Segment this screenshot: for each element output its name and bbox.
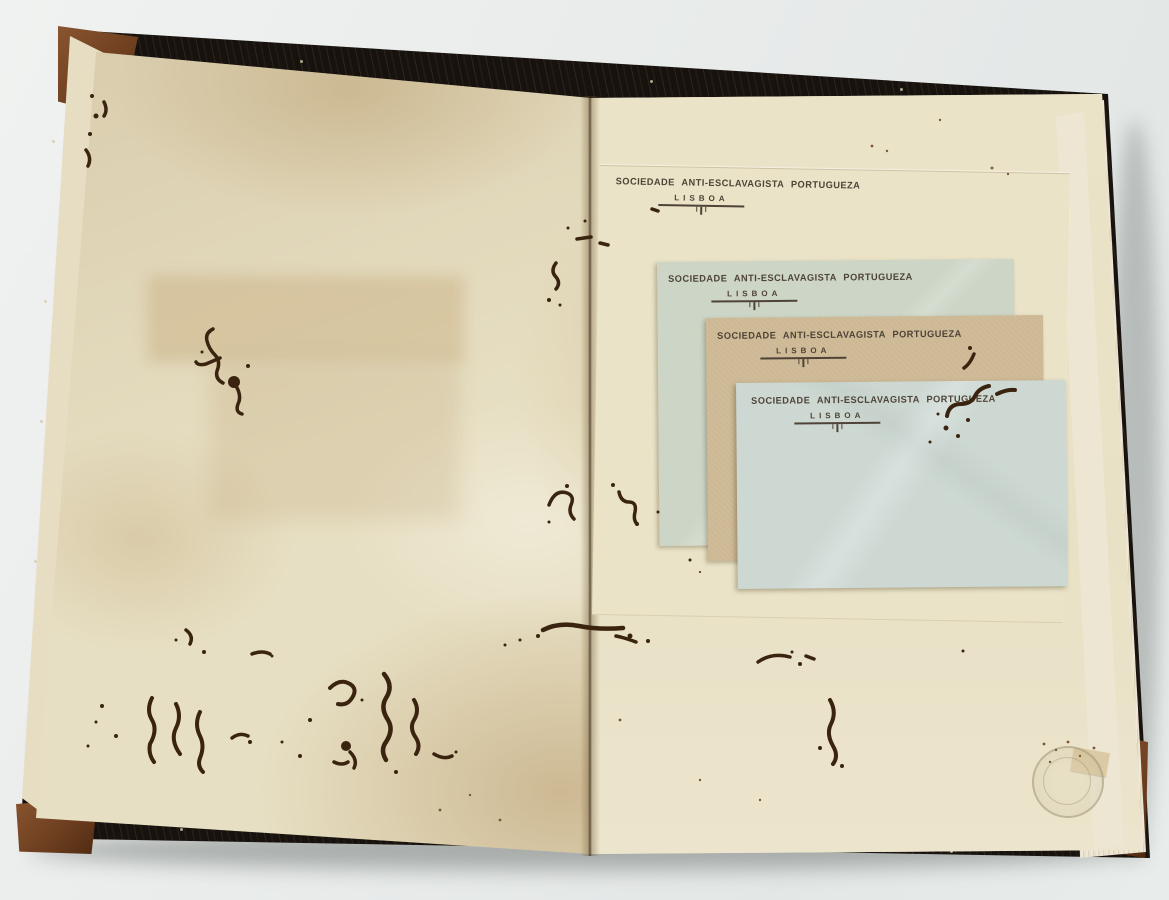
letterhead-block: SOCIEDADE ANTI-ESCLAVAGISTA PORTUGUEZA L… <box>717 329 889 369</box>
photograph: SOCIEDADE ANTI-ESCLAVAGISTA PORTUGUEZA L… <box>0 0 1169 900</box>
letterhead-city: LISBOA <box>717 345 889 356</box>
printer-ornament-icon <box>668 301 840 313</box>
embossed-stamp <box>1032 746 1104 818</box>
printer-ornament-icon <box>751 423 923 435</box>
letterhead-city: LISBOA <box>751 410 923 421</box>
letterhead-block: SOCIEDADE ANTI-ESCLAVAGISTA PORTUGUEZA L… <box>751 394 923 434</box>
letterhead-org-name: SOCIEDADE ANTI-ESCLAVAGISTA PORTUGUEZA <box>751 394 918 406</box>
printer-ornament-icon <box>717 358 889 370</box>
letterhead-org-name: SOCIEDADE ANTI-ESCLAVAGISTA PORTUGUEZA <box>717 329 884 341</box>
letterhead-block: SOCIEDADE ANTI-ESCLAVAGISTA PORTUGUEZA L… <box>615 176 788 217</box>
letterhead-org-name: SOCIEDADE ANTI-ESCLAVAGISTA PORTUGUEZA <box>616 176 783 190</box>
letterhead-city: LISBOA <box>615 192 787 204</box>
letterhead-org-name: SOCIEDADE ANTI-ESCLAVAGISTA PORTUGUEZA <box>668 272 835 284</box>
stain-blotch <box>210 360 460 520</box>
printer-ornament-icon <box>615 205 787 218</box>
envelope-pale-blue: SOCIEDADE ANTI-ESCLAVAGISTA PORTUGUEZA L… <box>736 380 1068 589</box>
letterhead-city: LISBOA <box>668 288 840 299</box>
stain-ghost-rectangle <box>148 276 464 362</box>
letterhead-block: SOCIEDADE ANTI-ESCLAVAGISTA PORTUGUEZA L… <box>668 272 840 312</box>
